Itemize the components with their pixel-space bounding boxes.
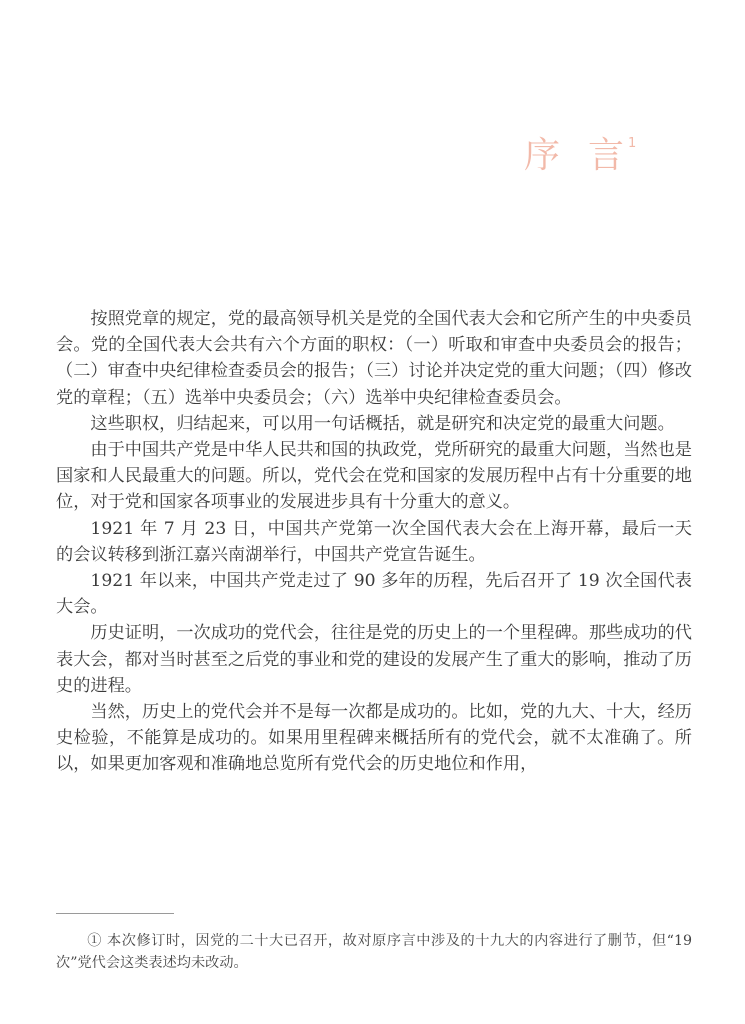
paragraph-1: 按照党章的规定，党的最高领导机关是党的全国代表大会和它所产生的中央委员会。党的全… bbox=[56, 306, 692, 411]
footnote-text: ① 本次修订时，因党的二十大已召开，故对原序言中涉及的十九大的内容进行了删节，但… bbox=[56, 930, 692, 974]
footnote-divider bbox=[56, 913, 174, 914]
body-text: 按照党章的规定，党的最高领导机关是党的全国代表大会和它所产生的中央委员会。党的全… bbox=[56, 306, 692, 778]
paragraph-2: 这些职权，归结起来，可以用一句话概括，就是研究和决定党的最重大问题。 bbox=[56, 411, 692, 437]
title-footnote-mark: 1 bbox=[628, 136, 636, 151]
paragraph-3: 由于中国共产党是中华人民共和国的执政党，党所研究的最重大问题，当然也是国家和人民… bbox=[56, 437, 692, 516]
title-char-2: 言 bbox=[588, 135, 652, 176]
page-title: 序言1 bbox=[524, 132, 636, 180]
footnote: ① 本次修订时，因党的二十大已召开，故对原序言中涉及的十九大的内容进行了删节，但… bbox=[56, 930, 692, 974]
title-char-1: 序 bbox=[524, 135, 588, 176]
paragraph-7: 当然，历史上的党代会并不是每一次都是成功的。比如，党的九大、十大，经历史检验，不… bbox=[56, 699, 692, 778]
paragraph-6: 历史证明，一次成功的党代会，往往是党的历史上的一个里程碑。那些成功的代表大会，都… bbox=[56, 620, 692, 699]
paragraph-5: 1921 年以来，中国共产党走过了 90 多年的历程，先后召开了 19 次全国代… bbox=[56, 568, 692, 620]
paragraph-4: 1921 年 7 月 23 日，中国共产党第一次全国代表大会在上海开幕，最后一天… bbox=[56, 516, 692, 568]
